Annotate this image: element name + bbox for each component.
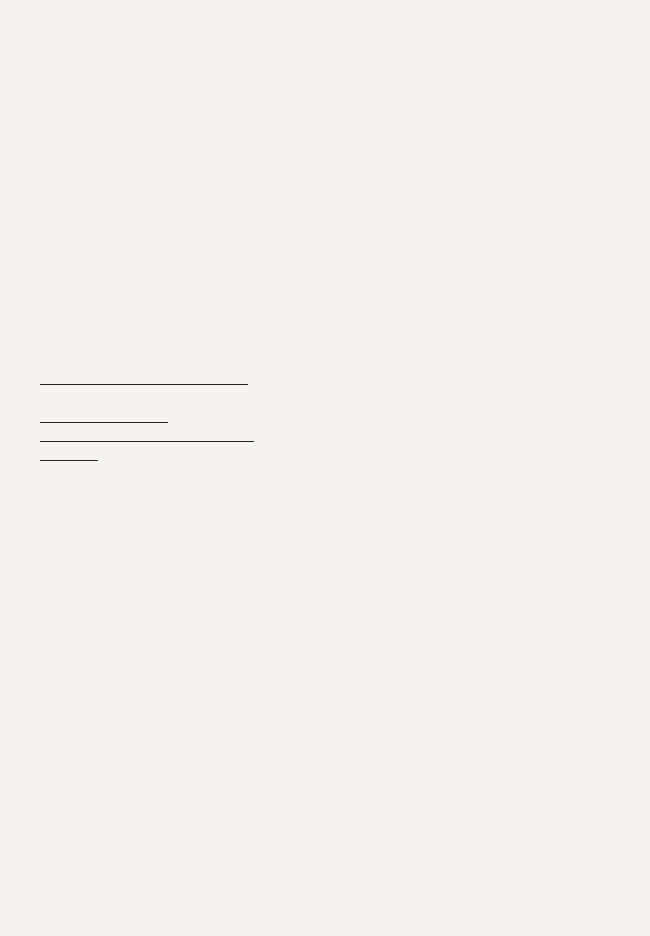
fill-blank-3-cont[interactable]	[40, 448, 98, 461]
q20-passage-line	[40, 372, 248, 390]
fill-blank-1[interactable]	[40, 372, 248, 385]
q20-passage-line	[40, 410, 168, 428]
exam-page	[0, 0, 650, 936]
q20-passage-line	[40, 448, 98, 466]
fill-blank-3[interactable]	[124, 429, 254, 442]
fill-blank-2-cont[interactable]	[40, 429, 124, 442]
fill-blank-2[interactable]	[40, 410, 168, 423]
q20-passage-line	[40, 429, 254, 447]
